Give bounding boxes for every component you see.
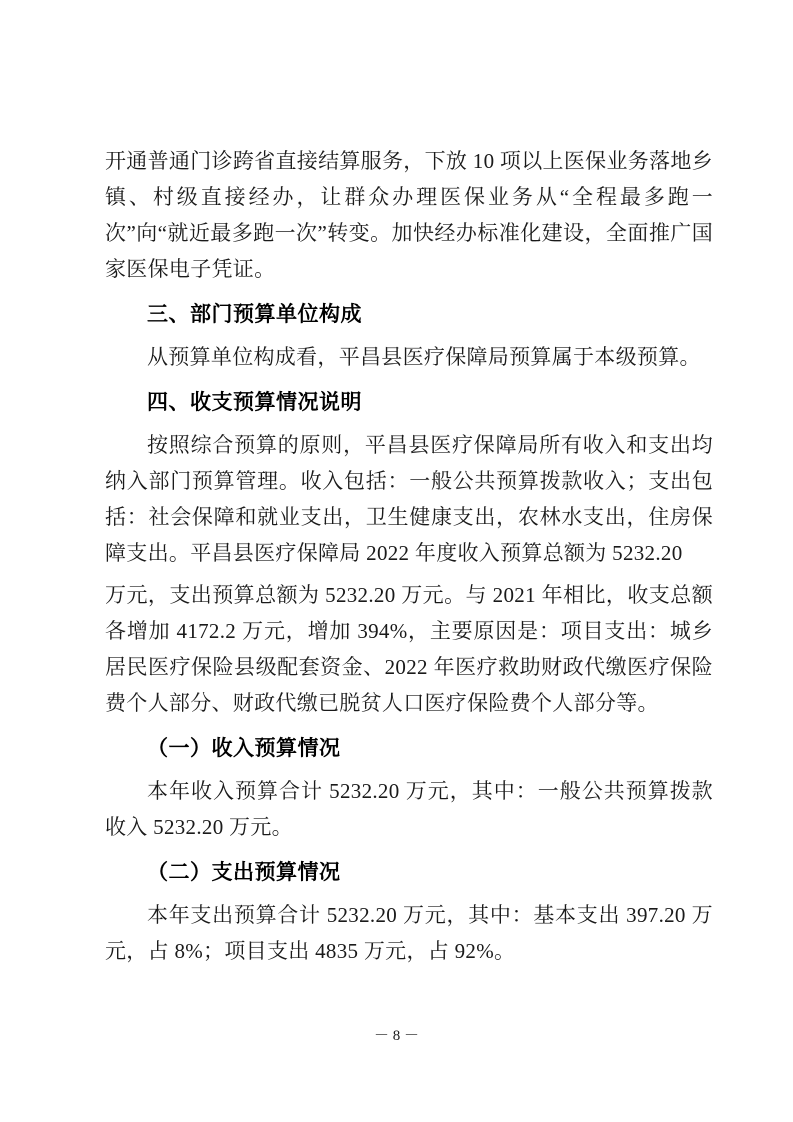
document-page: 开通普通门诊跨省直接结算服务，下放 10 项以上医保业务落地乡镇、村级直接经办，… (0, 0, 793, 1122)
page-content: 开通普通门诊跨省直接结算服务，下放 10 项以上医保业务落地乡镇、村级直接经办，… (105, 143, 713, 969)
paragraph: 本年支出预算合计 5232.20 万元，其中：基本支出 397.20 万元，占 … (105, 897, 713, 969)
paragraph: 从预算单位构成看，平昌县医疗保障局预算属于本级预算。 (105, 339, 713, 375)
paragraph: 万元，支出预算总额为 5232.20 万元。与 2021 年相比，收支总额各增加… (105, 577, 713, 721)
subsection-heading-expenditure: （二）支出预算情况 (105, 855, 713, 891)
subsection-heading-income: （一）收入预算情况 (105, 731, 713, 767)
page-number: － 8 － (0, 1026, 793, 1046)
paragraph-continuation: 开通普通门诊跨省直接结算服务，下放 10 项以上医保业务落地乡镇、村级直接经办，… (105, 143, 713, 287)
section-heading-3: 三、部门预算单位构成 (105, 297, 713, 333)
section-heading-4: 四、收支预算情况说明 (105, 385, 713, 421)
paragraph: 按照综合预算的原则，平昌县医疗保障局所有收入和支出均纳入部门预算管理。收入包括：… (105, 427, 713, 571)
paragraph: 本年收入预算合计 5232.20 万元，其中：一般公共预算拨款收入 5232.2… (105, 773, 713, 845)
